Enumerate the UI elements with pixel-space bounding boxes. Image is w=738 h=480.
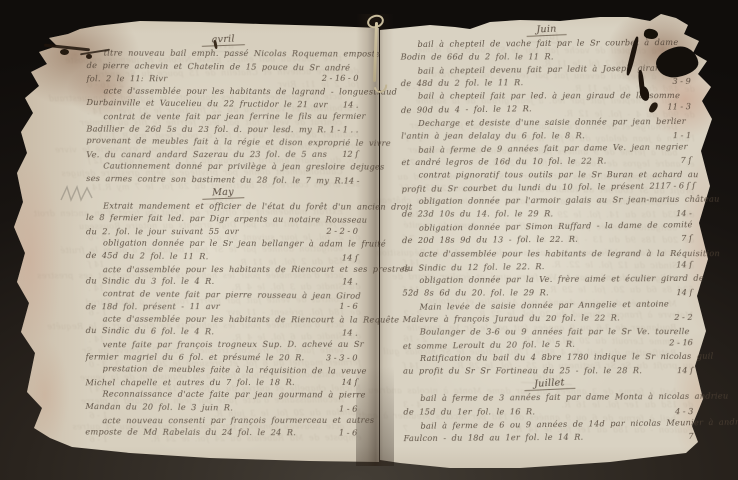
entry-text: fermier magriel du 6 fol. et présumé le … — [86, 351, 305, 362]
entry-text: Bodin de 66d du 2 fol. le 11 R. — [401, 51, 554, 61]
entry-text: Boulanger de 3-6 ou 9 années fait par le… — [403, 326, 690, 337]
entry-amount: 1 - 6 — [339, 301, 359, 311]
entry-text: acte d'assemblée pour les habitants de l… — [402, 247, 720, 258]
entry-text: prestation de meubles faite à la réquisi… — [86, 363, 367, 376]
entry-text: et andré legros de 16d du 10 fol. le 22 … — [401, 155, 606, 167]
entry-text: de 90d du 4 - fol. le 12 R. — [401, 104, 532, 116]
entry-text: Extrait mandement et officier de l'état … — [86, 200, 412, 211]
register-entry-line: contrat de vente fait par jean ferrine l… — [86, 111, 360, 124]
entry-text: et somme Leroult du 20 fol. le 5 R. — [403, 339, 575, 351]
entry-amount: 14 ſ — [676, 259, 694, 269]
entry-text: Reconnaissance d'acte faite par jean gou… — [85, 389, 365, 400]
entry-text: du Sindic du 12 fol. le 22. R. — [402, 261, 544, 273]
entry-text: Malevre à françois Juraud du 20 fol. le … — [403, 312, 620, 324]
entry-text: Ve. du canard andard Sazerau du 23 fol. … — [86, 149, 327, 159]
entry-amount: 7 ſ — [681, 233, 694, 243]
entry-text: obligation donnée par la Ve. frère aimé … — [402, 272, 704, 284]
entry-text: titre nouveau bail emph. passé Nicolas R… — [87, 48, 381, 59]
right-page-text: Juinbail à chepteil de vache fait par le… — [400, 23, 695, 446]
register-entry-line: de 18d fol. présent - 11 avr1 - 6 — [86, 301, 360, 314]
register-entry-line: obligation donnée par la Ve. frère aimé … — [402, 273, 694, 288]
register-entry-line: bail à ferme de 3 années fait par dame M… — [403, 391, 695, 406]
entry-text: de 45d du 2 fol. le 11 R. — [86, 250, 209, 261]
register-entry-line: de 45d du 2 fol. le 11 R.14 ſ — [86, 250, 360, 265]
entry-text: de 48d du 2 fol. le 11 R. — [401, 77, 524, 88]
entry-text: bail à chepteil fait par led. à jean gir… — [401, 90, 680, 100]
entry-text: Badillier de 26d 5s du 23 fol. d. pour l… — [86, 123, 326, 134]
entry-text: bail à chepteil de vache fait par le Sr … — [400, 37, 678, 49]
register-entry-line: Michel chapelle et autres du 7 fol. le 1… — [85, 377, 359, 390]
register-entry-line: du 2. fol. le jour suivant 55 avr2 - 2 -… — [86, 225, 360, 238]
entry-text: Cautionnement donné par privilège à jean… — [86, 161, 384, 172]
entry-text: vente faite par françois trogneux Sup. D… — [86, 339, 364, 349]
entry-amount: 17 - 6 ſ ſ — [660, 180, 697, 190]
entry-text: de 20d 18s 9d du 13 - fol. le 22. R. — [402, 234, 578, 245]
register-entry-line: du Sindic du 3 fol. le 4 R.14 . — [86, 276, 360, 290]
entry-text: obligation donnée par Simon Ruffard - la… — [402, 219, 693, 233]
register-entry-line: vente faite par françois trogneux Sup. D… — [86, 339, 360, 352]
entry-amount: 2 - 2 — [674, 312, 694, 322]
entry-text: de 18d fol. présent - 11 avr — [86, 301, 220, 311]
register-entry-line: de 20d 18s 9d du 13 - fol. le 22. R.7 ſ — [402, 233, 694, 248]
register-entry-line: Malevre à françois Juraud du 20 fol. le … — [403, 312, 695, 327]
register-entry-line: emposte de Md Rabelais du 24 fol. le 24 … — [85, 427, 359, 441]
entry-amount: 14 . — [343, 100, 361, 110]
register-entry-line: et andré legros de 16d du 10 fol. le 22 … — [401, 155, 693, 170]
entry-text: acte d'assemblée pour les habitants de R… — [86, 313, 400, 324]
entry-text: Ratification du bail du 4 8bre 1780 indi… — [403, 351, 714, 363]
paper-tear-crack — [44, 44, 90, 52]
entry-text: Decharge et desiste d'une saisie donnée … — [401, 115, 686, 127]
entry-amount: 12 ſ — [342, 149, 360, 159]
entry-amount: 1 - 6 — [339, 428, 359, 438]
entry-text: acte d'assemblée pour les habitants de l… — [86, 85, 397, 96]
register-entry-line: acte d'assemblée pour les habitants de R… — [86, 263, 360, 276]
entry-amount: 2 - 16 - 0 — [322, 73, 361, 83]
entry-text: profit du Sr courbet du lundi du 10 fol.… — [402, 181, 661, 194]
entry-text: obligation donnée par le Sr jean bellang… — [86, 238, 386, 249]
entry-text: de 23d 10s du 14. fol. le 29 R. — [402, 209, 554, 219]
entry-text: de pierre achevin et Chatelin de 15 pouc… — [87, 60, 351, 73]
entry-text: ses armes contre son bastiment du 28 fol… — [86, 173, 344, 185]
month-header: avril — [87, 34, 361, 48]
register-entry-line: Faulcon - du 18d au 1er fol. le 14 R.7 — [404, 431, 696, 446]
entry-text: provenant de meubles fait à la régie et … — [86, 135, 391, 148]
month-header-label: May — [202, 186, 244, 200]
entry-text: contrat de vente fait par jean ferrine l… — [86, 111, 365, 121]
entry-amount: 1 - 1 . . — [330, 124, 361, 134]
entry-text: bail à chepteil devenu fait par ledit à … — [401, 63, 665, 76]
register-entry-line: Cautionnement donné par privilège à jean… — [86, 161, 360, 175]
register-entry-line: titre nouveau bail emph. passé Nicolas R… — [87, 48, 361, 62]
register-entry-line: Decharge et desiste d'une saisie donnée … — [401, 115, 693, 130]
month-header-label: avril — [202, 33, 246, 47]
entry-text: contrat de vente fait par pierre roussea… — [86, 288, 361, 301]
register-entry-line: obligation donnée par l'armoir galais au… — [402, 194, 694, 209]
entry-amount: 14 ſ — [341, 377, 359, 387]
left-page-text: avriltitre nouveau bail emph. passé Nico… — [85, 34, 360, 441]
entry-amount: 14 . — [342, 277, 360, 287]
entry-amount: 14 ſ — [342, 252, 360, 262]
entry-text: fol. 2 le 11: Rivr — [87, 73, 168, 83]
entry-amount: 14 ſ — [676, 287, 694, 297]
entry-text: obligation donnée par l'armoir galais au… — [402, 194, 720, 206]
entry-text: du 2. fol. le jour suivant 55 avr — [86, 226, 239, 236]
entry-amount: 1 - 1 — [673, 130, 693, 140]
register-entry-line: obligation donnée par le Sr jean bellang… — [86, 238, 360, 252]
entry-amount: 7 ſ — [681, 155, 694, 165]
entry-text: Michel chapelle et autres du 7 fol. le 1… — [85, 377, 294, 387]
entry-text: Mandan du 20 fol. le 3 juin R. — [85, 401, 233, 412]
entry-text: de 15d du 1er fol. le 16 R. — [403, 406, 535, 416]
entry-amount: 14 - — [344, 175, 362, 185]
entry-text: du Sindic du 6 fol. le 4 R. — [86, 325, 215, 336]
register-entry-line: bail à chepteil de vache fait par le Sr … — [400, 37, 692, 52]
entry-text: du Sindic du 3 fol. le 4 R. — [86, 276, 215, 286]
entry-amount: 2 - 16 — [669, 337, 695, 347]
month-header-label: Juin — [526, 23, 567, 37]
entry-amount: 11 - 3 — [667, 102, 693, 112]
entry-amount: 7 — [688, 431, 695, 441]
entry-text: l'antin à jean delalay du 6 fol. le 8 R. — [401, 130, 585, 140]
entry-amount: 14 . — [342, 328, 360, 338]
entry-text: au profit du Sr Sr Fortineau du 25 - fol… — [403, 365, 642, 375]
entry-amount: 1 - 6 — [339, 403, 359, 413]
entry-text: emposte de Md Rabelais du 24 fol. le 24 … — [85, 427, 296, 438]
entry-text: acte d'assemblée pour les habitants de R… — [86, 263, 409, 274]
register-entry-line: fol. 2 le 11: Rivr2 - 16 - 0 — [87, 73, 361, 86]
entry-amount: 14 ſ — [677, 365, 695, 375]
entry-amount: 4 - 3 — [675, 406, 695, 416]
manuscript-photo: avriltitre nouveau bail emph. passé Nico… — [0, 0, 738, 480]
register-entry-line: Ve. du canard andard Sazerau du 23 fol. … — [86, 149, 360, 162]
entry-amount: 14 - — [676, 208, 694, 218]
month-header: May — [86, 186, 360, 200]
month-header-label: Juillet — [524, 377, 575, 391]
entry-text: le 8 fermier fait led. par Digr arpents … — [86, 212, 367, 225]
entry-text: bail à ferme de 3 années fait par dame M… — [403, 391, 728, 404]
entry-text: contrat pignoratif tous outils par le Sr… — [402, 169, 699, 180]
entry-text: acte nouveau consenti par françois fourm… — [85, 414, 374, 425]
entry-text: Faulcon - du 18d au 1er fol. le 14 R. — [404, 431, 584, 442]
register-entry-line: acte nouveau consenti par françois fourm… — [85, 414, 359, 427]
entry-amount: 2 - 2 - 0 — [326, 225, 360, 235]
entry-text: 52d 8s 6d du 20. fol. le 29 R. — [402, 287, 548, 297]
entry-amount: 3 - 9 — [672, 76, 692, 86]
entry-text: Durbainville et Vaucelieu du 22 fructido… — [86, 97, 327, 109]
entry-amount: 3 - 3 - 0 — [326, 352, 360, 362]
